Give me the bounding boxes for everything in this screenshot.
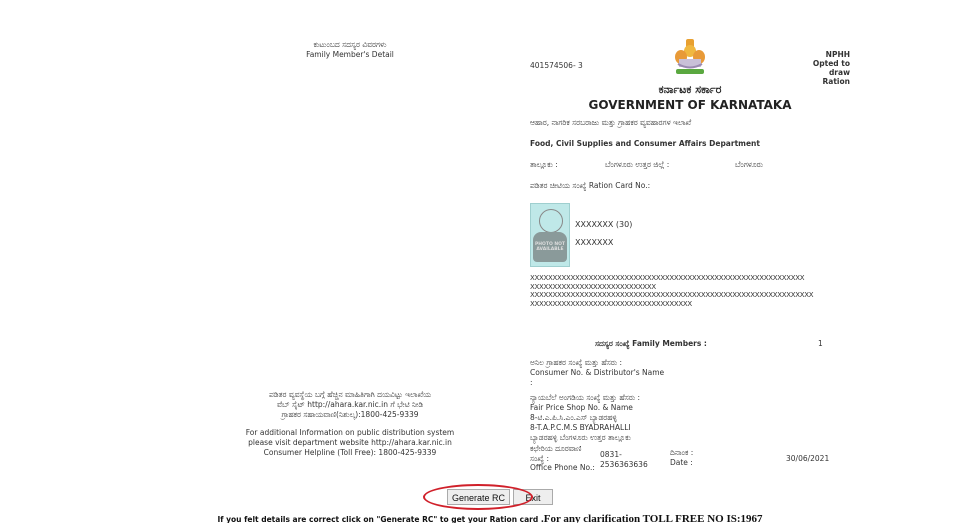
label-line: ದಿನಾಂಕ : bbox=[670, 448, 693, 458]
footer-note: If you felt details are correct click on… bbox=[0, 507, 980, 523]
phone-line: 2536363636 bbox=[600, 460, 648, 470]
member-relation: XXXXXXX bbox=[575, 238, 613, 247]
avatar-head-icon bbox=[539, 209, 563, 233]
department-name: Food, Civil Supplies and Consumer Affair… bbox=[530, 139, 760, 148]
shop-line: ಬ್ಯಾಡರಹಳ್ಳಿ ಬೆಂಗಳೂರು ಉತ್ತರ ತಾಲ್ಲೂಕು bbox=[530, 433, 640, 443]
family-members-count: 1 bbox=[818, 339, 823, 348]
label-line: ಕಛೇರಿಯ ದೂರವಾಣಿ bbox=[530, 444, 595, 454]
heading-english: Family Member's Detail bbox=[250, 50, 450, 60]
department-kannada: ಆಹಾರ, ನಾಗರಿಕ ಸರಬರಾಜು ಮತ್ತು ಗ್ರಾಹಕರ ವ್ಯವಹ… bbox=[530, 118, 691, 128]
member-name: XXXXXXX (30) bbox=[575, 220, 632, 229]
label-line: ಸಂಖ್ಯೆ : bbox=[530, 454, 595, 464]
shop-line: 8-ಟಿ.ಎ.ಪಿ.ಸಿ.ಎಂ.ಎಸ್ ಬ್ಯಾಡರಹಳ್ಳಿ bbox=[530, 413, 640, 423]
card-id: 401574506- 3 bbox=[530, 61, 583, 70]
address-line: XXXXXXXXXXXXXXXXXXXXXXXXXXXXXXXXXXXXXXXX… bbox=[530, 291, 850, 300]
government-title: GOVERNMENT OF KARNATAKA bbox=[530, 98, 850, 112]
photo-placeholder: PHOTO NOT AVAILABLE bbox=[530, 203, 570, 267]
government-title-kannada: ಕರ್ನಾಟಕ ಸರ್ಕಾರ bbox=[530, 83, 850, 97]
label-line: Office Phone No.: bbox=[530, 463, 595, 473]
consumer-info: ಅನಿಲ ಗ್ರಾಹಕರ ಸಂಖ್ಯೆ ಮತ್ತು ಹೆಸರು : Consum… bbox=[530, 358, 664, 388]
district-label: ಬೆಂಗಳೂರು ಉತ್ತರ ಜಿಲ್ಲೆ : bbox=[605, 160, 669, 170]
address-line: XXXXXXXXXXXXXXXXXXXXXXXXXXXX bbox=[530, 283, 850, 292]
ration-card-number-label: ಪಡಿತರ ಚೀಟಿಯ ಸಂಖ್ಯೆ Ration Card No.: bbox=[530, 181, 650, 191]
address: XXXXXXXXXXXXXXXXXXXXXXXXXXXXXXXXXXXXXXXX… bbox=[530, 274, 850, 308]
office-phone-value: 0831- 2536363636 bbox=[600, 450, 648, 469]
help-info-kannada: ಪಡಿತರ ವ್ಯವಸ್ಥೆಯ ಬಗ್ಗೆ ಹೆಚ್ಚಿನ ಮಾಹಿತಿಗಾಗಿ… bbox=[190, 390, 510, 420]
karnataka-emblem-icon bbox=[672, 37, 708, 77]
taluk-label: ತಾಲ್ಲೂಕು : bbox=[530, 160, 558, 170]
help-info: ಪಡಿತರ ವ್ಯವಸ್ಥೆಯ ಬಗ್ಗೆ ಹೆಚ್ಚಿನ ಮಾಹಿತಿಗಾಗಿ… bbox=[190, 390, 510, 458]
family-detail-heading: ಕುಟುಂಬದ ಸದಸ್ಯರ ವಿವರಗಳು Family Member's D… bbox=[250, 40, 450, 60]
consumer-label: Consumer No. & Distributor's Name bbox=[530, 368, 664, 378]
help-line: please visit department website http://a… bbox=[190, 438, 510, 448]
heading-kannada: ಕುಟುಂಬದ ಸದಸ್ಯರ ವಿವರಗಳು bbox=[250, 40, 450, 50]
label-line: Date : bbox=[670, 458, 693, 468]
category-code: NPHH bbox=[790, 50, 850, 59]
family-members-label: ಸದಸ್ಯರ ಸಂಖ್ಯೆ Family Members : bbox=[595, 339, 707, 349]
consumer-value: : bbox=[530, 378, 664, 388]
card-category: NPHH Opted to draw Ration bbox=[790, 50, 850, 86]
help-line: For additional Information on public dis… bbox=[190, 428, 510, 438]
help-info-english: For additional Information on public dis… bbox=[190, 428, 510, 458]
address-line: XXXXXXXXXXXXXXXXXXXXXXXXXXXXXXXXXXXXXXXX… bbox=[530, 274, 850, 283]
date-label: ದಿನಾಂಕ : Date : bbox=[670, 448, 693, 467]
help-line: ವೆಬ್ ಸೈಟ್ http://ahara.kar.nic.in ಗೆ ಭೇಟ… bbox=[190, 400, 510, 410]
fair-price-shop: ನ್ಯಾಯಬೆಲೆ ಅಂಗಡಿಯ ಸಂಖ್ಯೆ ಮತ್ತು ಹೆಸರು : Fa… bbox=[530, 393, 640, 443]
phone-line: 0831- bbox=[600, 450, 648, 460]
consumer-label-kannada: ಅನಿಲ ಗ್ರಾಹಕರ ಸಂಖ್ಯೆ ಮತ್ತು ಹೆಸರು : bbox=[530, 358, 664, 368]
footer-toll-free: .For any clarification TOLL FREE NO IS:1… bbox=[538, 513, 762, 523]
help-line: ಗ್ರಾಹಕರ ಸಹಾಯವಾಣಿ(ನಿಶುಲ್ಕ):1800-425-9339 bbox=[190, 410, 510, 420]
shop-label: Fair Price Shop No. & Name bbox=[530, 403, 640, 413]
district-value: ಬೆಂಗಳೂರು bbox=[735, 160, 763, 170]
shop-label-kannada: ನ್ಯಾಯಬೆಲೆ ಅಂಗಡಿಯ ಸಂಖ್ಯೆ ಮತ್ತು ಹೆಸರು : bbox=[530, 393, 640, 403]
category-note: Opted to draw bbox=[790, 59, 850, 77]
help-line: ಪಡಿತರ ವ್ಯವಸ್ಥೆಯ ಬಗ್ಗೆ ಹೆಚ್ಚಿನ ಮಾಹಿತಿಗಾಗಿ… bbox=[190, 390, 510, 400]
footer-instruction: If you felt details are correct click on… bbox=[217, 515, 538, 523]
office-phone-label: ಕಛೇರಿಯ ದೂರವಾಣಿ ಸಂಖ್ಯೆ : Office Phone No.… bbox=[530, 444, 595, 473]
shop-line: 8-T.A.P.C.M.S BYADRAHALLI bbox=[530, 423, 640, 433]
date-value: 30/06/2021 bbox=[786, 454, 829, 464]
help-line: Consumer Helpline (Toll Free): 1800-425-… bbox=[190, 448, 510, 458]
photo-not-available-text: PHOTO NOT AVAILABLE bbox=[531, 242, 569, 252]
address-line: XXXXXXXXXXXXXXXXXXXXXXXXXXXXXXXXXXXX bbox=[530, 300, 850, 309]
